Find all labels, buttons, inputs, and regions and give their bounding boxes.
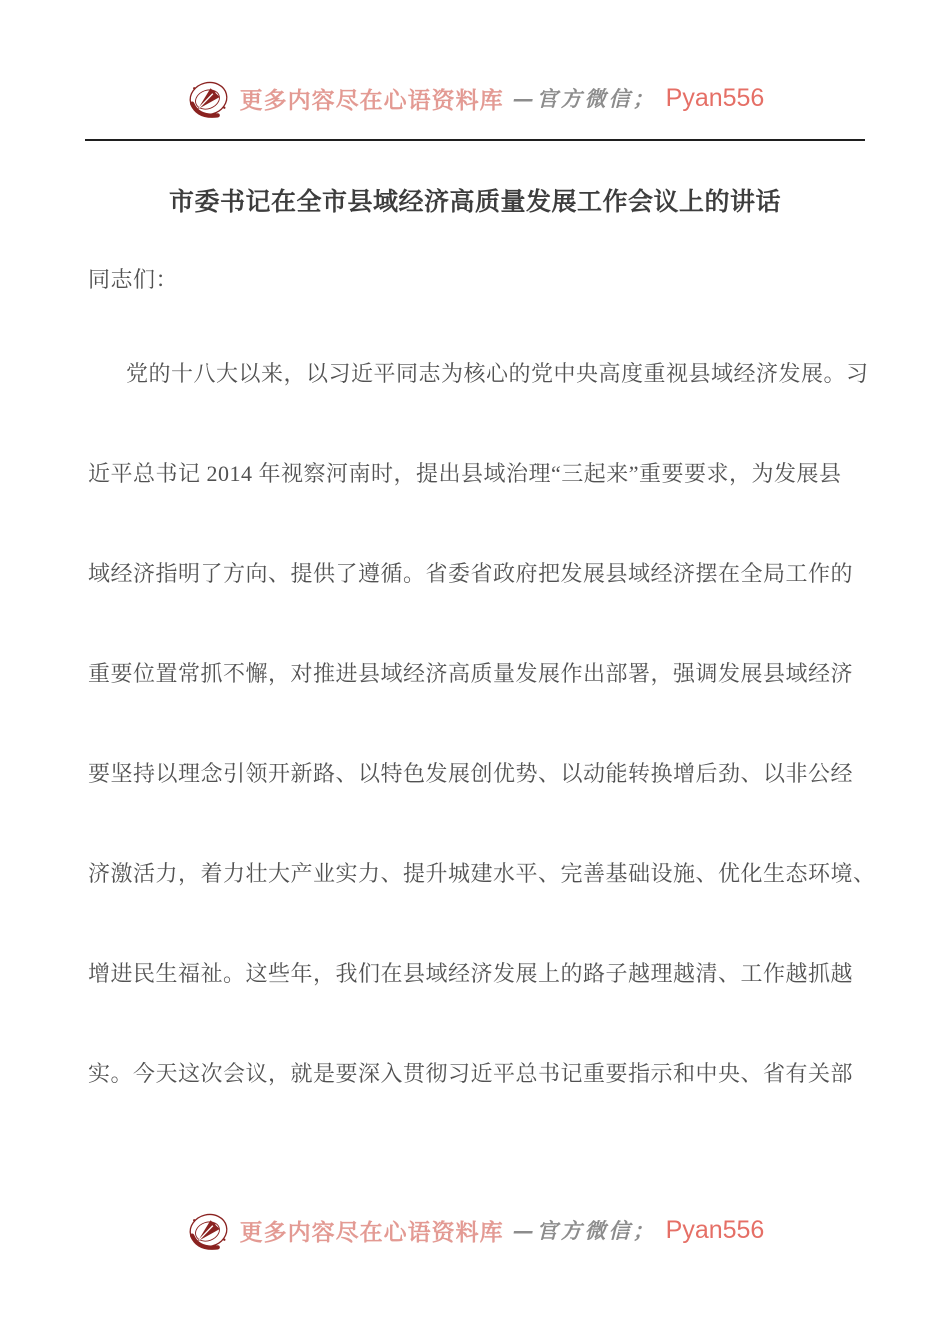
document-body: 同志们： 党的十八大以来，以习近平同志为核心的党中央高度重视县域经济发展。习 近… bbox=[88, 236, 878, 1124]
brand-wechat-id: Pyan556 bbox=[666, 1216, 765, 1245]
brand-separator-text: —官方微信； bbox=[513, 83, 657, 113]
document-title: 市委书记在全市县域经济高质量发展工作会议上的讲话 bbox=[0, 182, 950, 218]
pen-swirl-logo-icon bbox=[186, 76, 231, 121]
header-brand-banner: 更多内容尽在心语资料库—官方微信；Pyan556 bbox=[0, 74, 950, 122]
pen-swirl-logo-icon bbox=[186, 1208, 231, 1253]
brand-name-text: 更多内容尽在心语资料库 bbox=[240, 82, 504, 115]
body-paragraph: 党的十八大以来，以习近平同志为核心的党中央高度重视县域经济发展。习 近平总书记 … bbox=[88, 324, 878, 1124]
footer-brand-banner: 更多内容尽在心语资料库—官方微信；Pyan556 bbox=[0, 1206, 950, 1254]
header-rule bbox=[85, 139, 865, 141]
salutation-line: 同志们： bbox=[88, 236, 878, 324]
brand-name-text: 更多内容尽在心语资料库 bbox=[240, 1214, 504, 1247]
document-page: 更多内容尽在心语资料库—官方微信；Pyan556 市委书记在全市县域经济高质量发… bbox=[0, 0, 950, 1344]
brand-wechat-id: Pyan556 bbox=[666, 84, 765, 113]
brand-separator-text: —官方微信； bbox=[513, 1215, 657, 1245]
